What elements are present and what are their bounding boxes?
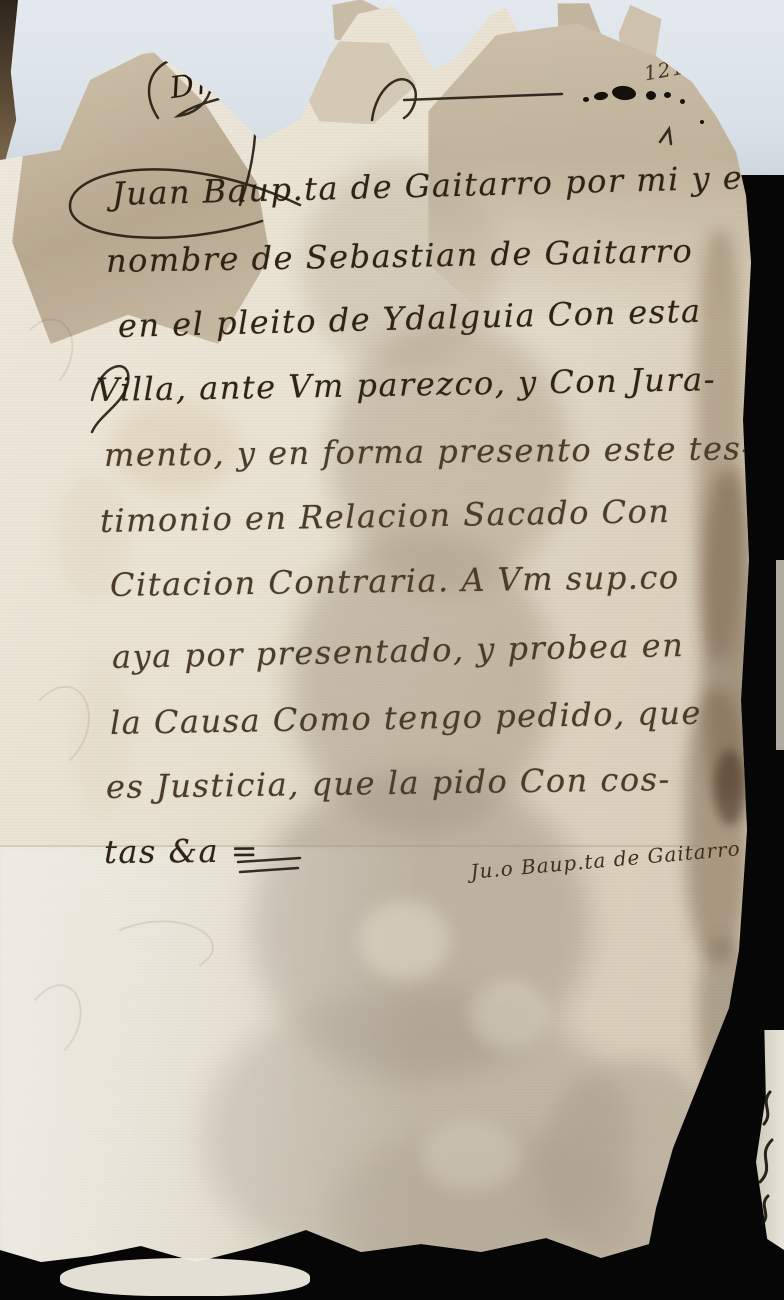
manuscript-page: 121 Dn Juan Baup.ta de Gaitarro por mi y… xyxy=(0,0,784,1300)
bleedthrough-stroke xyxy=(120,921,213,965)
etc-underline xyxy=(238,858,300,872)
manuscript-scan: 121 Dn Juan Baup.ta de Gaitarro por mi y… xyxy=(0,0,784,1300)
ink-flourishes xyxy=(0,0,784,1300)
flourish-dash xyxy=(404,94,562,100)
next-page-sliver xyxy=(756,1030,784,1250)
initial-j-loop xyxy=(70,169,300,237)
bleedthrough-stroke xyxy=(35,985,81,1050)
paper-blob-bottom xyxy=(60,1258,310,1296)
initial-v-flourish xyxy=(92,366,128,432)
caret-mark xyxy=(660,129,671,144)
bleedthrough-stroke xyxy=(40,687,89,760)
next-page-sliver xyxy=(776,560,784,750)
bleedthrough-stroke xyxy=(30,320,72,380)
